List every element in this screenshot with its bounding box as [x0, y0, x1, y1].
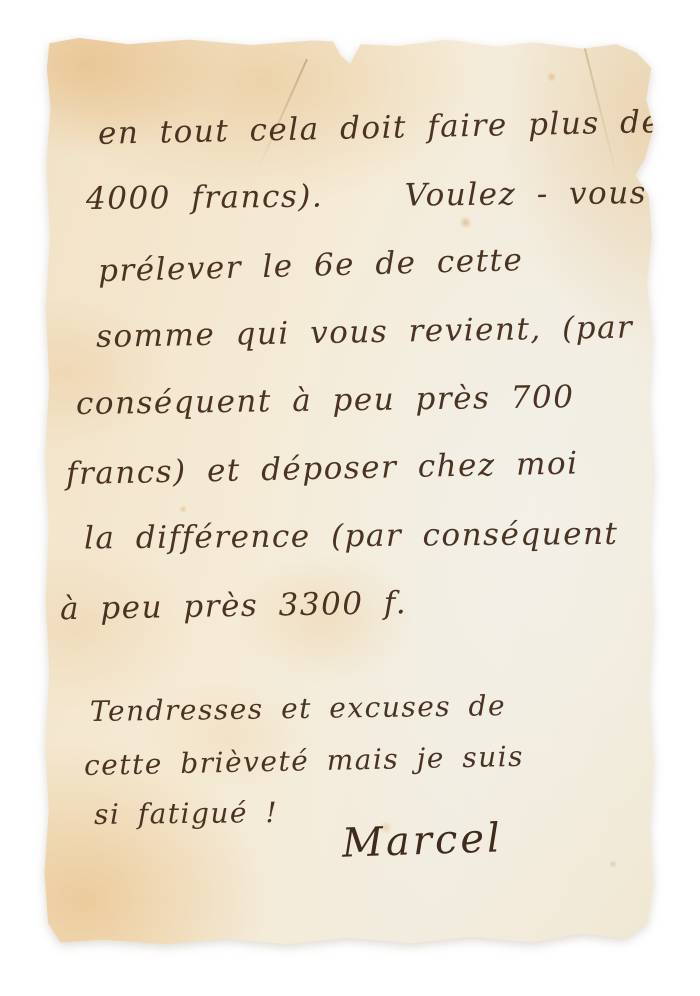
signature-marcel: Marcel: [341, 815, 503, 867]
letter-body: en tout cela doit faire plus de 4000 fra…: [42, 36, 656, 946]
letter-closing-paragraph: Tendresses et excuses de cette brièveté …: [42, 682, 656, 838]
letter-line: en tout cela doit faire plus de: [97, 88, 656, 168]
letter-line: conséquent à peu près 700: [76, 362, 657, 438]
letter-line: à peu près 3300 f.: [59, 565, 656, 643]
letter-line: la différence (par conséquent: [84, 500, 657, 573]
letter-paper: en tout cela doit faire plus de 4000 fra…: [42, 36, 656, 946]
letter-main-paragraph: en tout cela doit faire plus de 4000 fra…: [42, 94, 656, 638]
letter-line: cette brièveté mais je suis: [84, 728, 657, 792]
letter-line: francs) et déposer chez moi: [65, 428, 656, 508]
letter-line: 4000 francs). Voulez - vous: [86, 159, 657, 233]
letter-line: somme qui vous revient, (par: [95, 293, 656, 371]
screenshot-root: { "document": { "type": "handwritten-let…: [0, 0, 700, 996]
letter-paper-shadow: en tout cela doit faire plus de 4000 fra…: [42, 36, 656, 946]
letter-line: prélever le 6e de cette: [97, 223, 657, 306]
photo-background: en tout cela doit faire plus de 4000 fra…: [0, 0, 700, 996]
